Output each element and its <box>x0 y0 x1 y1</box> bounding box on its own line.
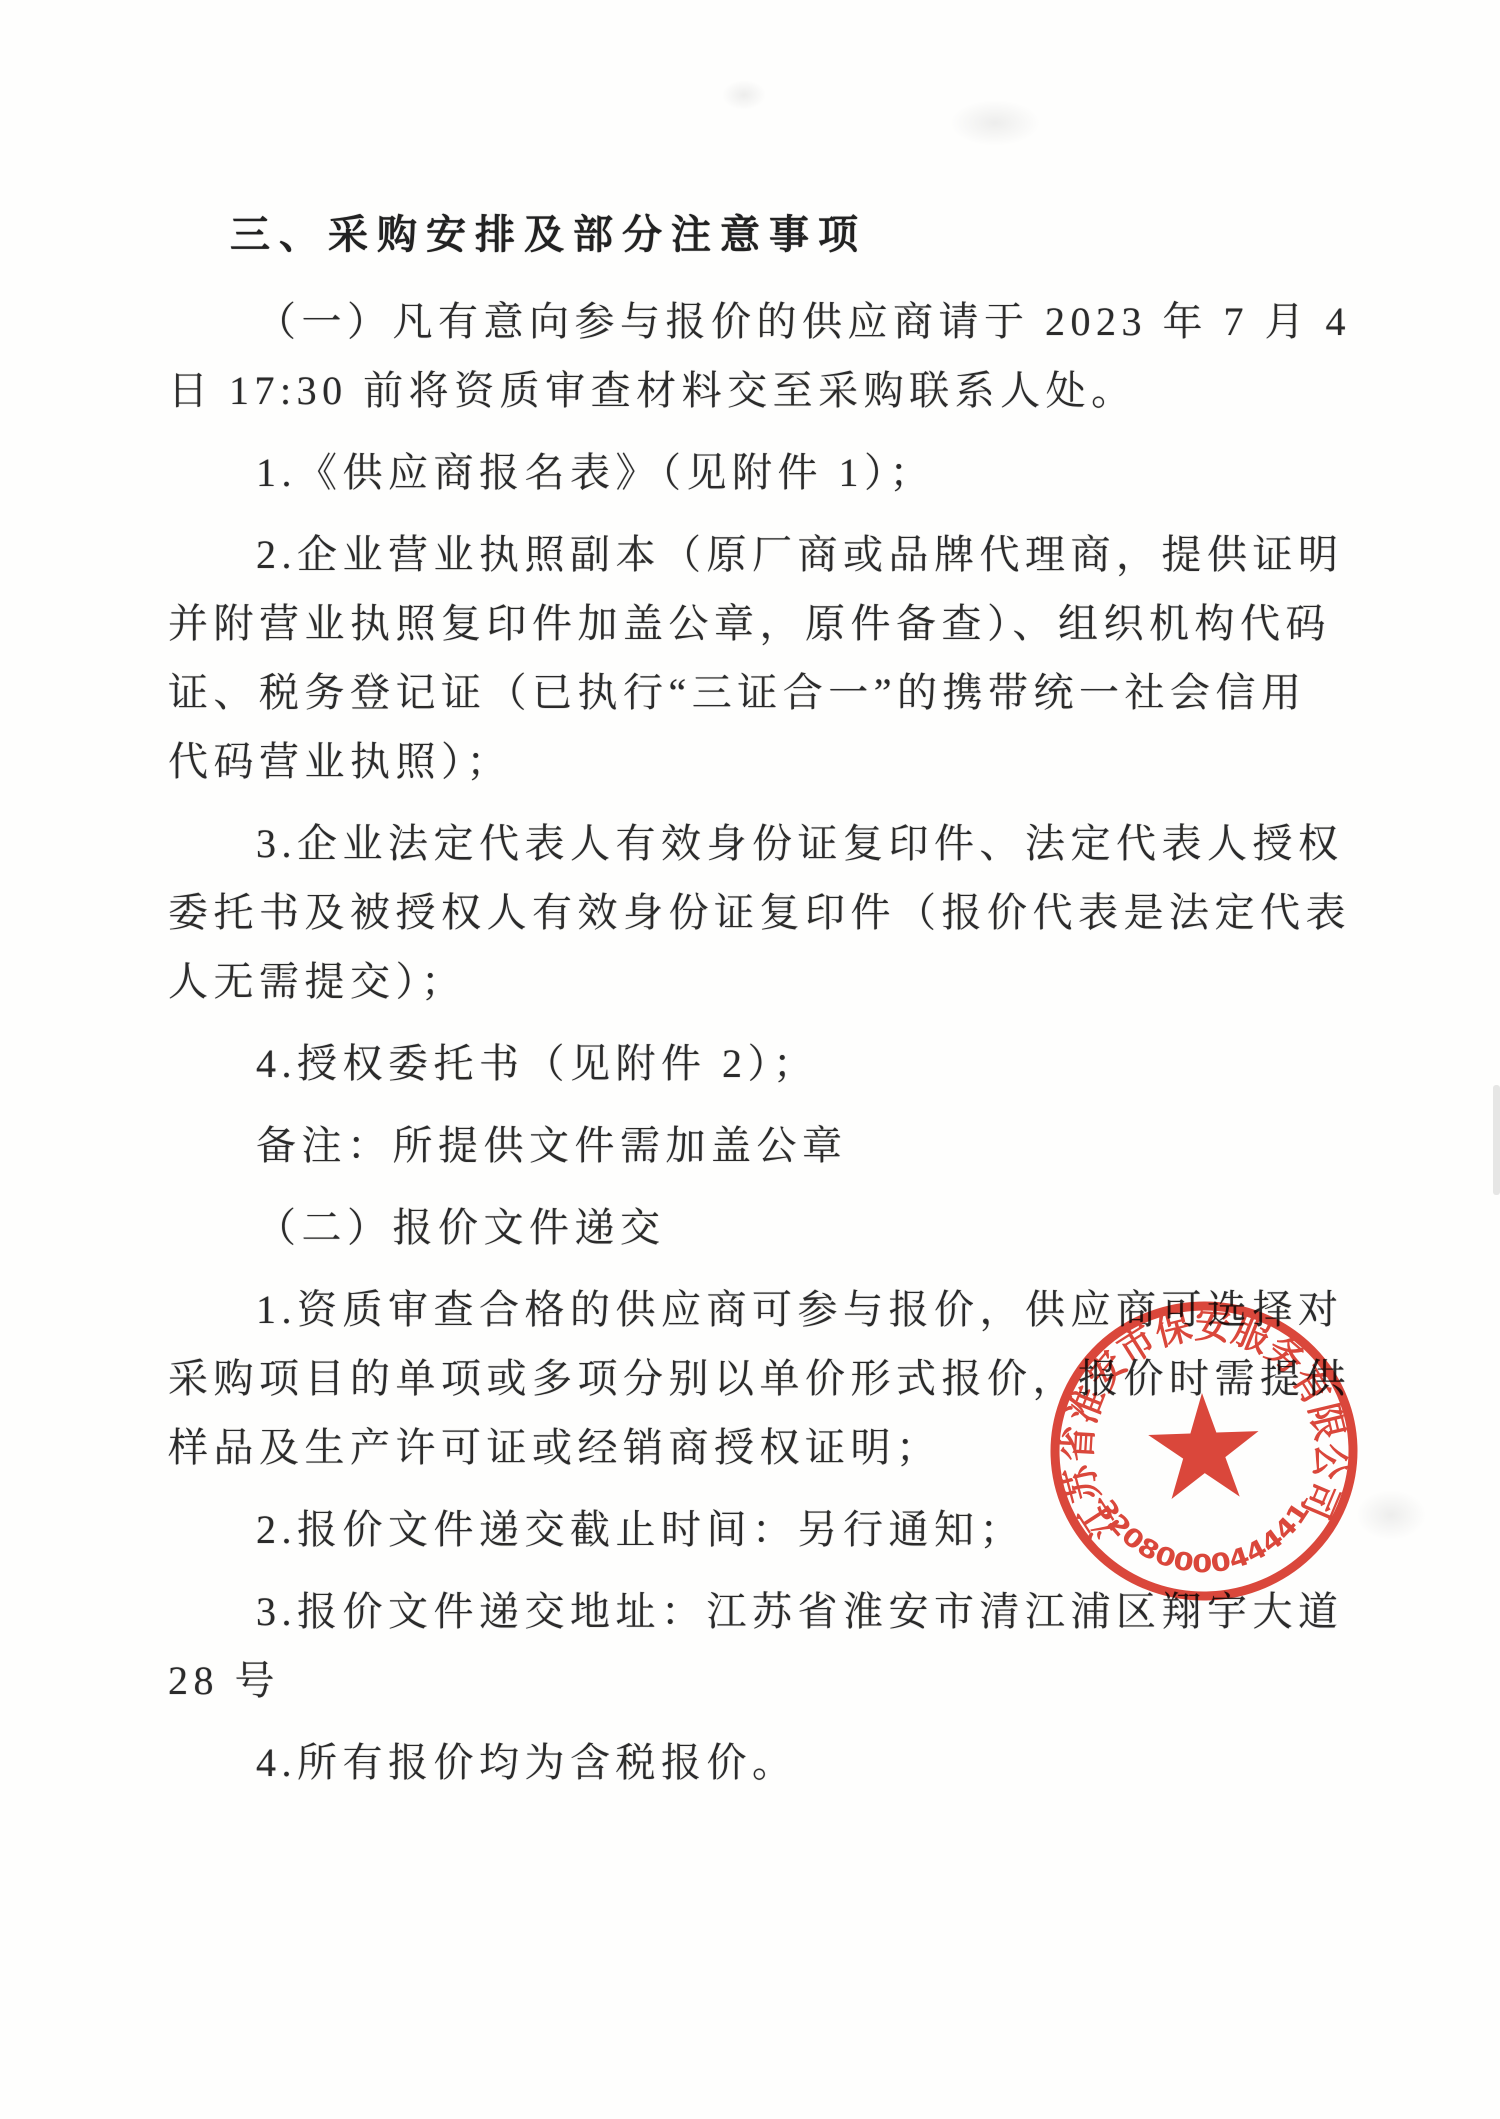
text-line: 备注：所提供文件需加盖公章 <box>168 1111 1368 1180</box>
seal-star <box>1147 1391 1261 1500</box>
text-line: （一）凡有意向参与报价的供应商请于 2023 年 7 月 4 <box>168 287 1368 356</box>
text-line: 3.企业法定代表人有效身份证复印件、法定代表人授权 <box>168 809 1368 878</box>
text-line: 4.所有报价均为含税报价。 <box>168 1728 1368 1797</box>
text-line: 代码营业执照）； <box>168 727 1368 796</box>
paragraph: 1.《供应商报名表》（见附件 1）； <box>168 438 1368 507</box>
paragraph: 4.所有报价均为含税报价。 <box>168 1728 1368 1797</box>
paragraph: 2.企业营业执照副本（原厂商或品牌代理商，提供证明并附营业执照复印件加盖公章，原… <box>168 520 1368 796</box>
paragraph: （一）凡有意向参与报价的供应商请于 2023 年 7 月 4日 17:30 前将… <box>168 287 1368 425</box>
paragraph: 备注：所提供文件需加盖公章 <box>168 1111 1368 1180</box>
text-line: 并附营业执照复印件加盖公章，原件备查）、组织机构代码 <box>168 589 1368 658</box>
document-page: 三、采购安排及部分注意事项 （一）凡有意向参与报价的供应商请于 2023 年 7… <box>0 0 1500 2119</box>
company-seal-graphic: 江苏省淮安市保安服务有限公司 3208000044441 <box>1013 1260 1396 1643</box>
text-line: 证、税务登记证（已执行“三证合一”的携带统一社会信用 <box>168 658 1368 727</box>
company-seal: 江苏省淮安市保安服务有限公司 3208000044441 <box>1013 1260 1396 1643</box>
text-line: 4.授权委托书（见附件 2）； <box>168 1029 1368 1098</box>
paragraph: 4.授权委托书（见附件 2）； <box>168 1029 1368 1098</box>
text-line: 人无需提交）； <box>168 947 1368 1016</box>
section-heading: 三、采购安排及部分注意事项 <box>230 205 1368 265</box>
text-line: 1.《供应商报名表》（见附件 1）； <box>168 438 1368 507</box>
seal-serial-number: 3208000044441 <box>1090 1487 1317 1582</box>
scan-edge-streak <box>1493 1085 1500 1195</box>
text-line: （二）报价文件递交 <box>168 1193 1368 1262</box>
scan-smudge <box>722 80 766 110</box>
text-line: 日 17:30 前将资质审查材料交至采购联系人处。 <box>168 356 1368 425</box>
text-line: 2.企业营业执照副本（原厂商或品牌代理商，提供证明 <box>168 520 1368 589</box>
scan-smudge <box>950 100 1040 146</box>
paragraph: 3.企业法定代表人有效身份证复印件、法定代表人授权委托书及被授权人有效身份证复印… <box>168 809 1368 1016</box>
text-line: 委托书及被授权人有效身份证复印件（报价代表是法定代表 <box>168 878 1368 947</box>
text-line: 28 号 <box>168 1646 1368 1715</box>
paragraph: （二）报价文件递交 <box>168 1193 1368 1262</box>
